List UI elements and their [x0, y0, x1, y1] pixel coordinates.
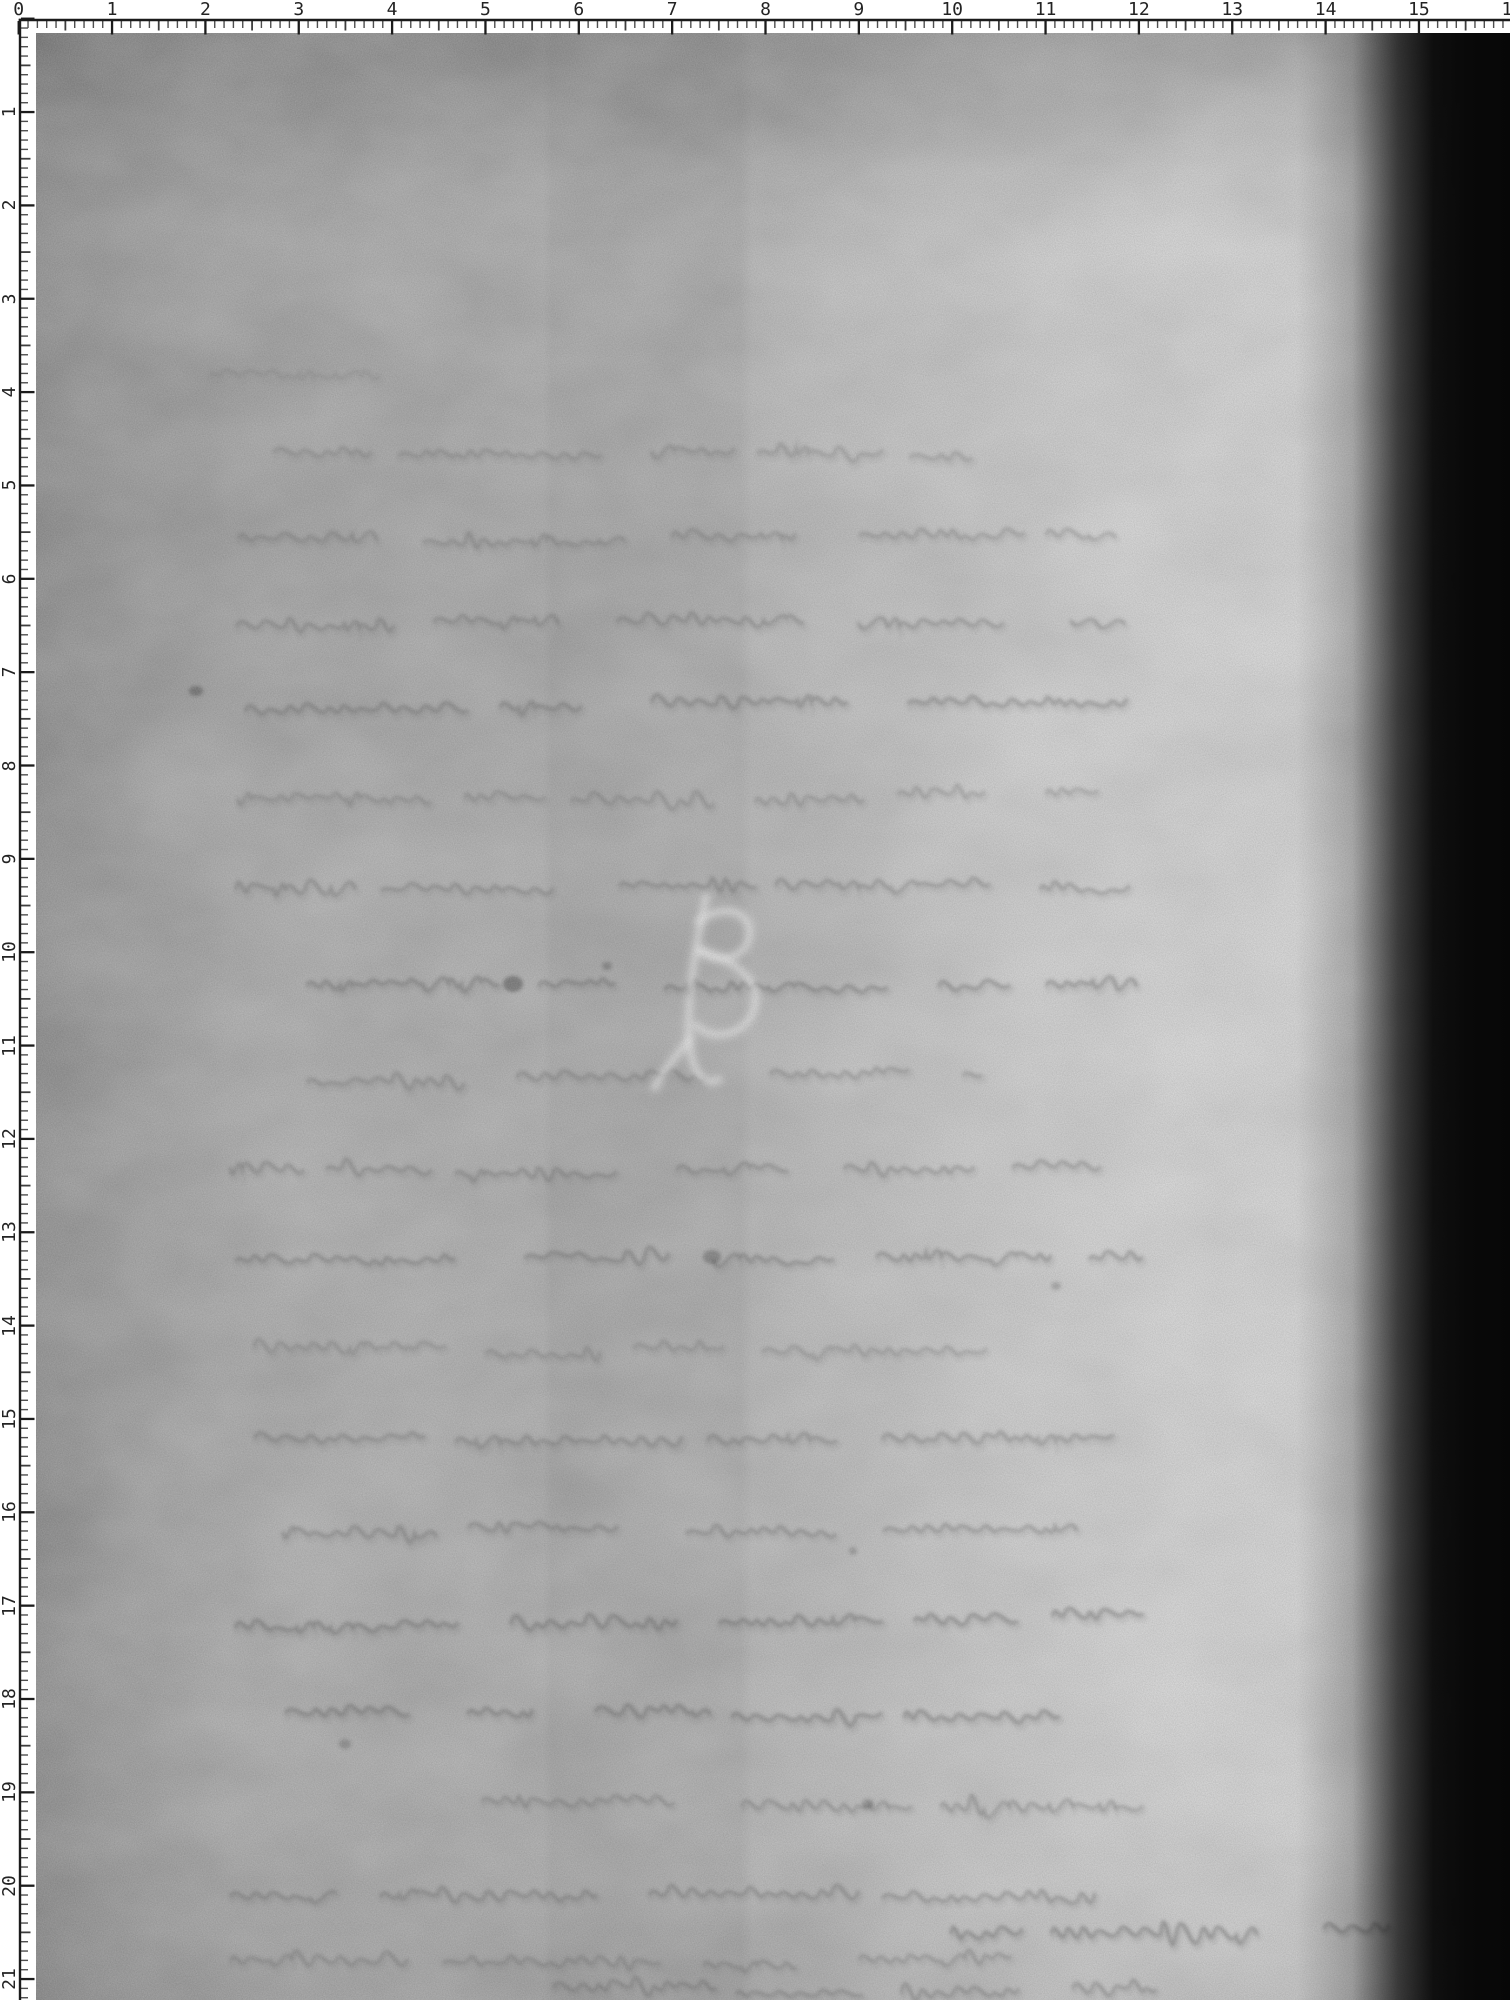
ruler-left-label: 11 [1, 1035, 19, 1057]
ruler-left-label: 10 [1, 941, 19, 963]
ruler-left-label: 9 [1, 853, 19, 864]
ruler-left-label: 16 [1, 1501, 19, 1523]
ruler-left-label: 17 [1, 1595, 19, 1617]
scan-page: 012345678910111213141516 123456789101112… [0, 0, 1510, 2000]
ruler-left-label: 12 [1, 1128, 19, 1150]
ruler-left-label: 6 [1, 573, 19, 584]
ruler-left-labels: 123456789101112131415161718192021 [0, 0, 1510, 2000]
ruler-left-label: 7 [1, 667, 19, 678]
ruler-left-label: 3 [1, 293, 19, 304]
ruler-left-label: 18 [1, 1688, 19, 1710]
ruler-left-label: 20 [1, 1875, 19, 1897]
ruler-left-label: 1 [1, 107, 19, 118]
ruler-left-label: 14 [1, 1315, 19, 1337]
ruler-left-label: 19 [1, 1782, 19, 1804]
ruler-left-label: 4 [1, 387, 19, 398]
ruler-left-label: 13 [1, 1221, 19, 1243]
ruler-left-label: 8 [1, 760, 19, 771]
ruler-left-label: 15 [1, 1408, 19, 1430]
ruler-left-label: 21 [1, 1968, 19, 1990]
ruler-left-label: 5 [1, 480, 19, 491]
ruler-left-label: 2 [1, 200, 19, 211]
